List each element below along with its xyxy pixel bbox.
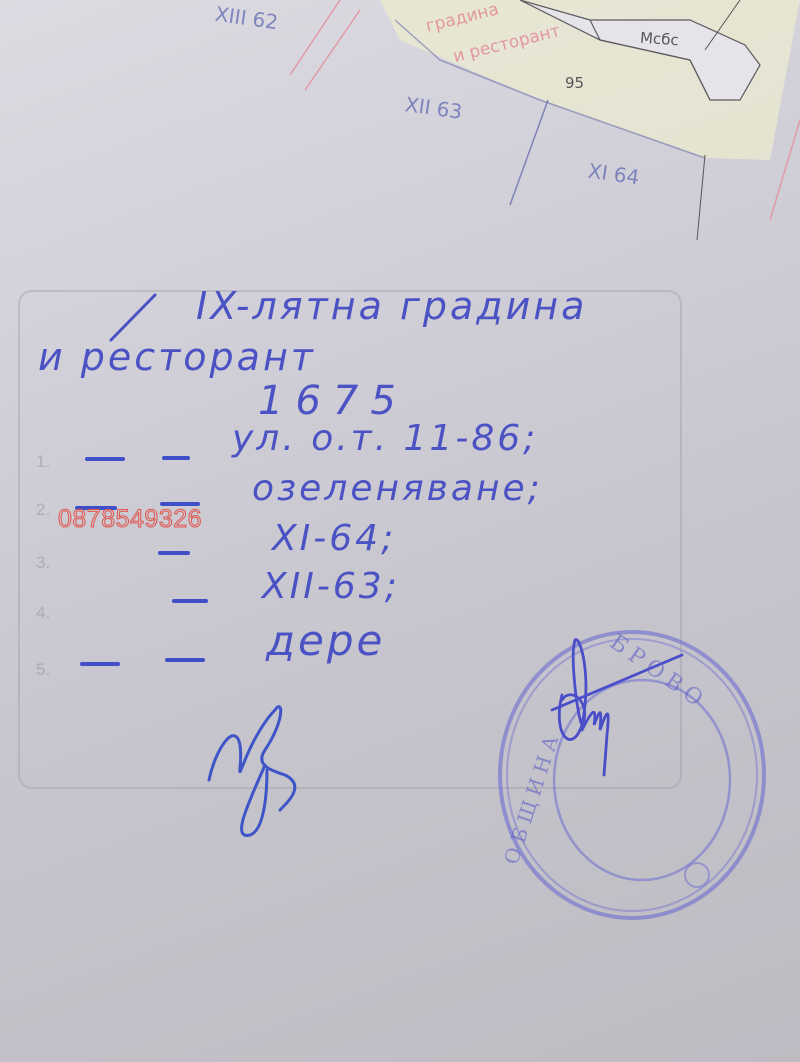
form-row-number: 4. bbox=[36, 603, 50, 623]
form-row-number: 5. bbox=[36, 660, 50, 680]
map-lines bbox=[0, 0, 800, 250]
form-row-number: 2. bbox=[36, 500, 50, 520]
map-area-number: 95 bbox=[565, 74, 584, 92]
cadastral-map-fragment: XIII 62 XII 63 XI 64 95 Мсбс градина и р… bbox=[0, 0, 800, 250]
handwritten-title-line2: и ресторант bbox=[38, 335, 316, 379]
dash-mark bbox=[85, 457, 125, 461]
form-row-number: 3. bbox=[36, 553, 50, 573]
dash-mark bbox=[172, 599, 208, 603]
boundary-other: дере bbox=[266, 616, 385, 665]
map-building-code: Мсбс bbox=[639, 29, 679, 50]
official-stamp: БРОВО ОБЩИНА bbox=[482, 615, 772, 925]
dash-mark bbox=[162, 456, 190, 460]
boundary-north: ул. о.т. 11-86; bbox=[232, 418, 538, 459]
dash-mark bbox=[158, 551, 190, 555]
boundary-east: озеленяване; bbox=[252, 468, 543, 509]
boundary-south: XI-64; bbox=[272, 518, 396, 559]
handwritten-title-line1: IX-лятна градина bbox=[196, 284, 587, 328]
dash-mark bbox=[80, 662, 120, 666]
signature-icon bbox=[195, 690, 325, 860]
form-row-number: 1. bbox=[36, 452, 50, 472]
boundary-west: XII-63; bbox=[262, 566, 400, 607]
phone-watermark: 0878549326 bbox=[58, 505, 202, 534]
dash-mark bbox=[165, 658, 205, 662]
